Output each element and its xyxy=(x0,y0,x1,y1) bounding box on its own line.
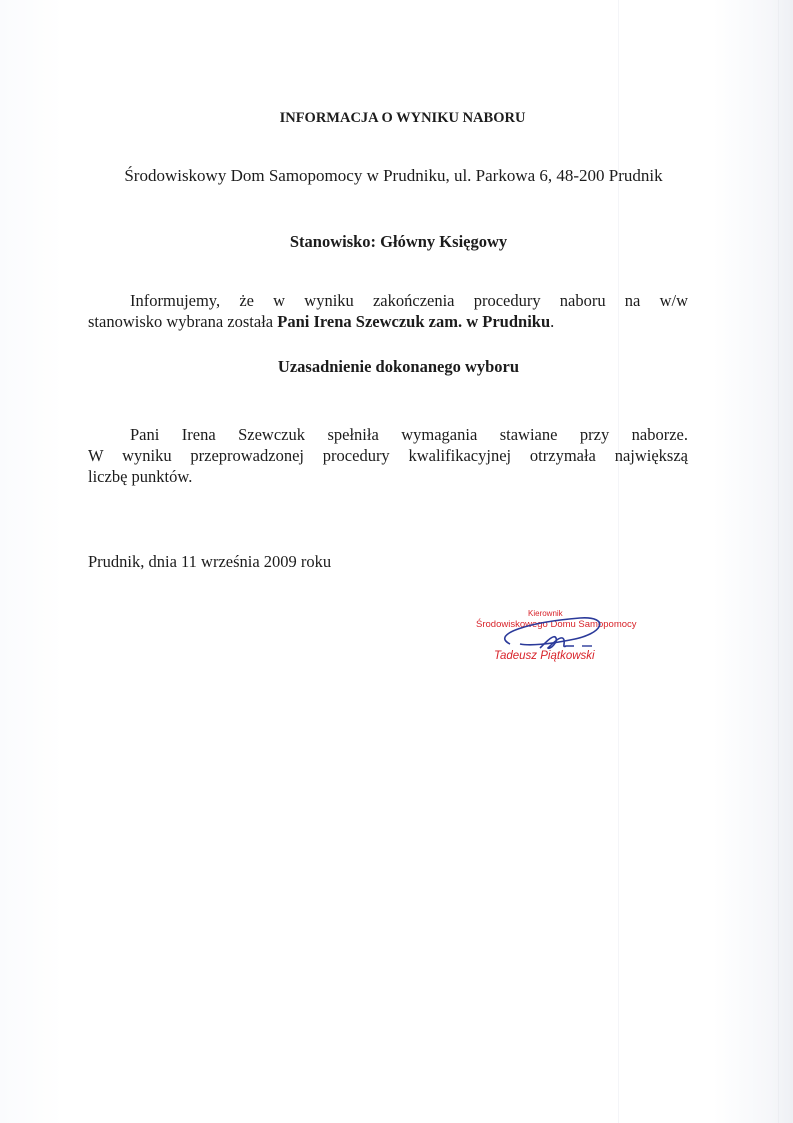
selection-line-1: Informujemy, że w wyniku zakończenia pro… xyxy=(88,290,688,311)
justification-paragraph: Pani Irena Szewczuk spełniła wymagania s… xyxy=(88,424,688,487)
signature-icon xyxy=(470,604,640,674)
justification-line-2: W wyniku przeprowadzonej procedury kwali… xyxy=(88,445,688,466)
selection-paragraph: Informujemy, że w wyniku zakończenia pro… xyxy=(88,290,688,332)
official-stamp: Kierownik Środowiskowego Domu Samopomocy… xyxy=(470,604,640,674)
justification-line-3: liczbę punktów. xyxy=(88,466,688,487)
document-page: INFORMACJA O WYNIKU NABORU Środowiskowy … xyxy=(0,0,793,1123)
document-title: INFORMACJA O WYNIKU NABORU xyxy=(6,108,793,128)
position-heading: Stanowisko: Główny Księgowy xyxy=(2,232,793,252)
institution-address: Środowiskowy Dom Samopomocy w Prudniku, … xyxy=(0,166,790,186)
document-date: Prudnik, dnia 11 września 2009 roku xyxy=(88,552,331,572)
selection-line-2-prefix: stanowisko wybrana została xyxy=(88,312,277,331)
selected-candidate: Pani Irena Szewczuk zam. w Prudniku xyxy=(277,312,550,331)
justification-heading: Uzasadnienie dokonanego wyboru xyxy=(2,357,793,377)
justification-line-1: Pani Irena Szewczuk spełniła wymagania s… xyxy=(88,424,688,445)
selection-line-2-suffix: . xyxy=(550,312,554,331)
selection-line-2: stanowisko wybrana została Pani Irena Sz… xyxy=(88,311,688,332)
